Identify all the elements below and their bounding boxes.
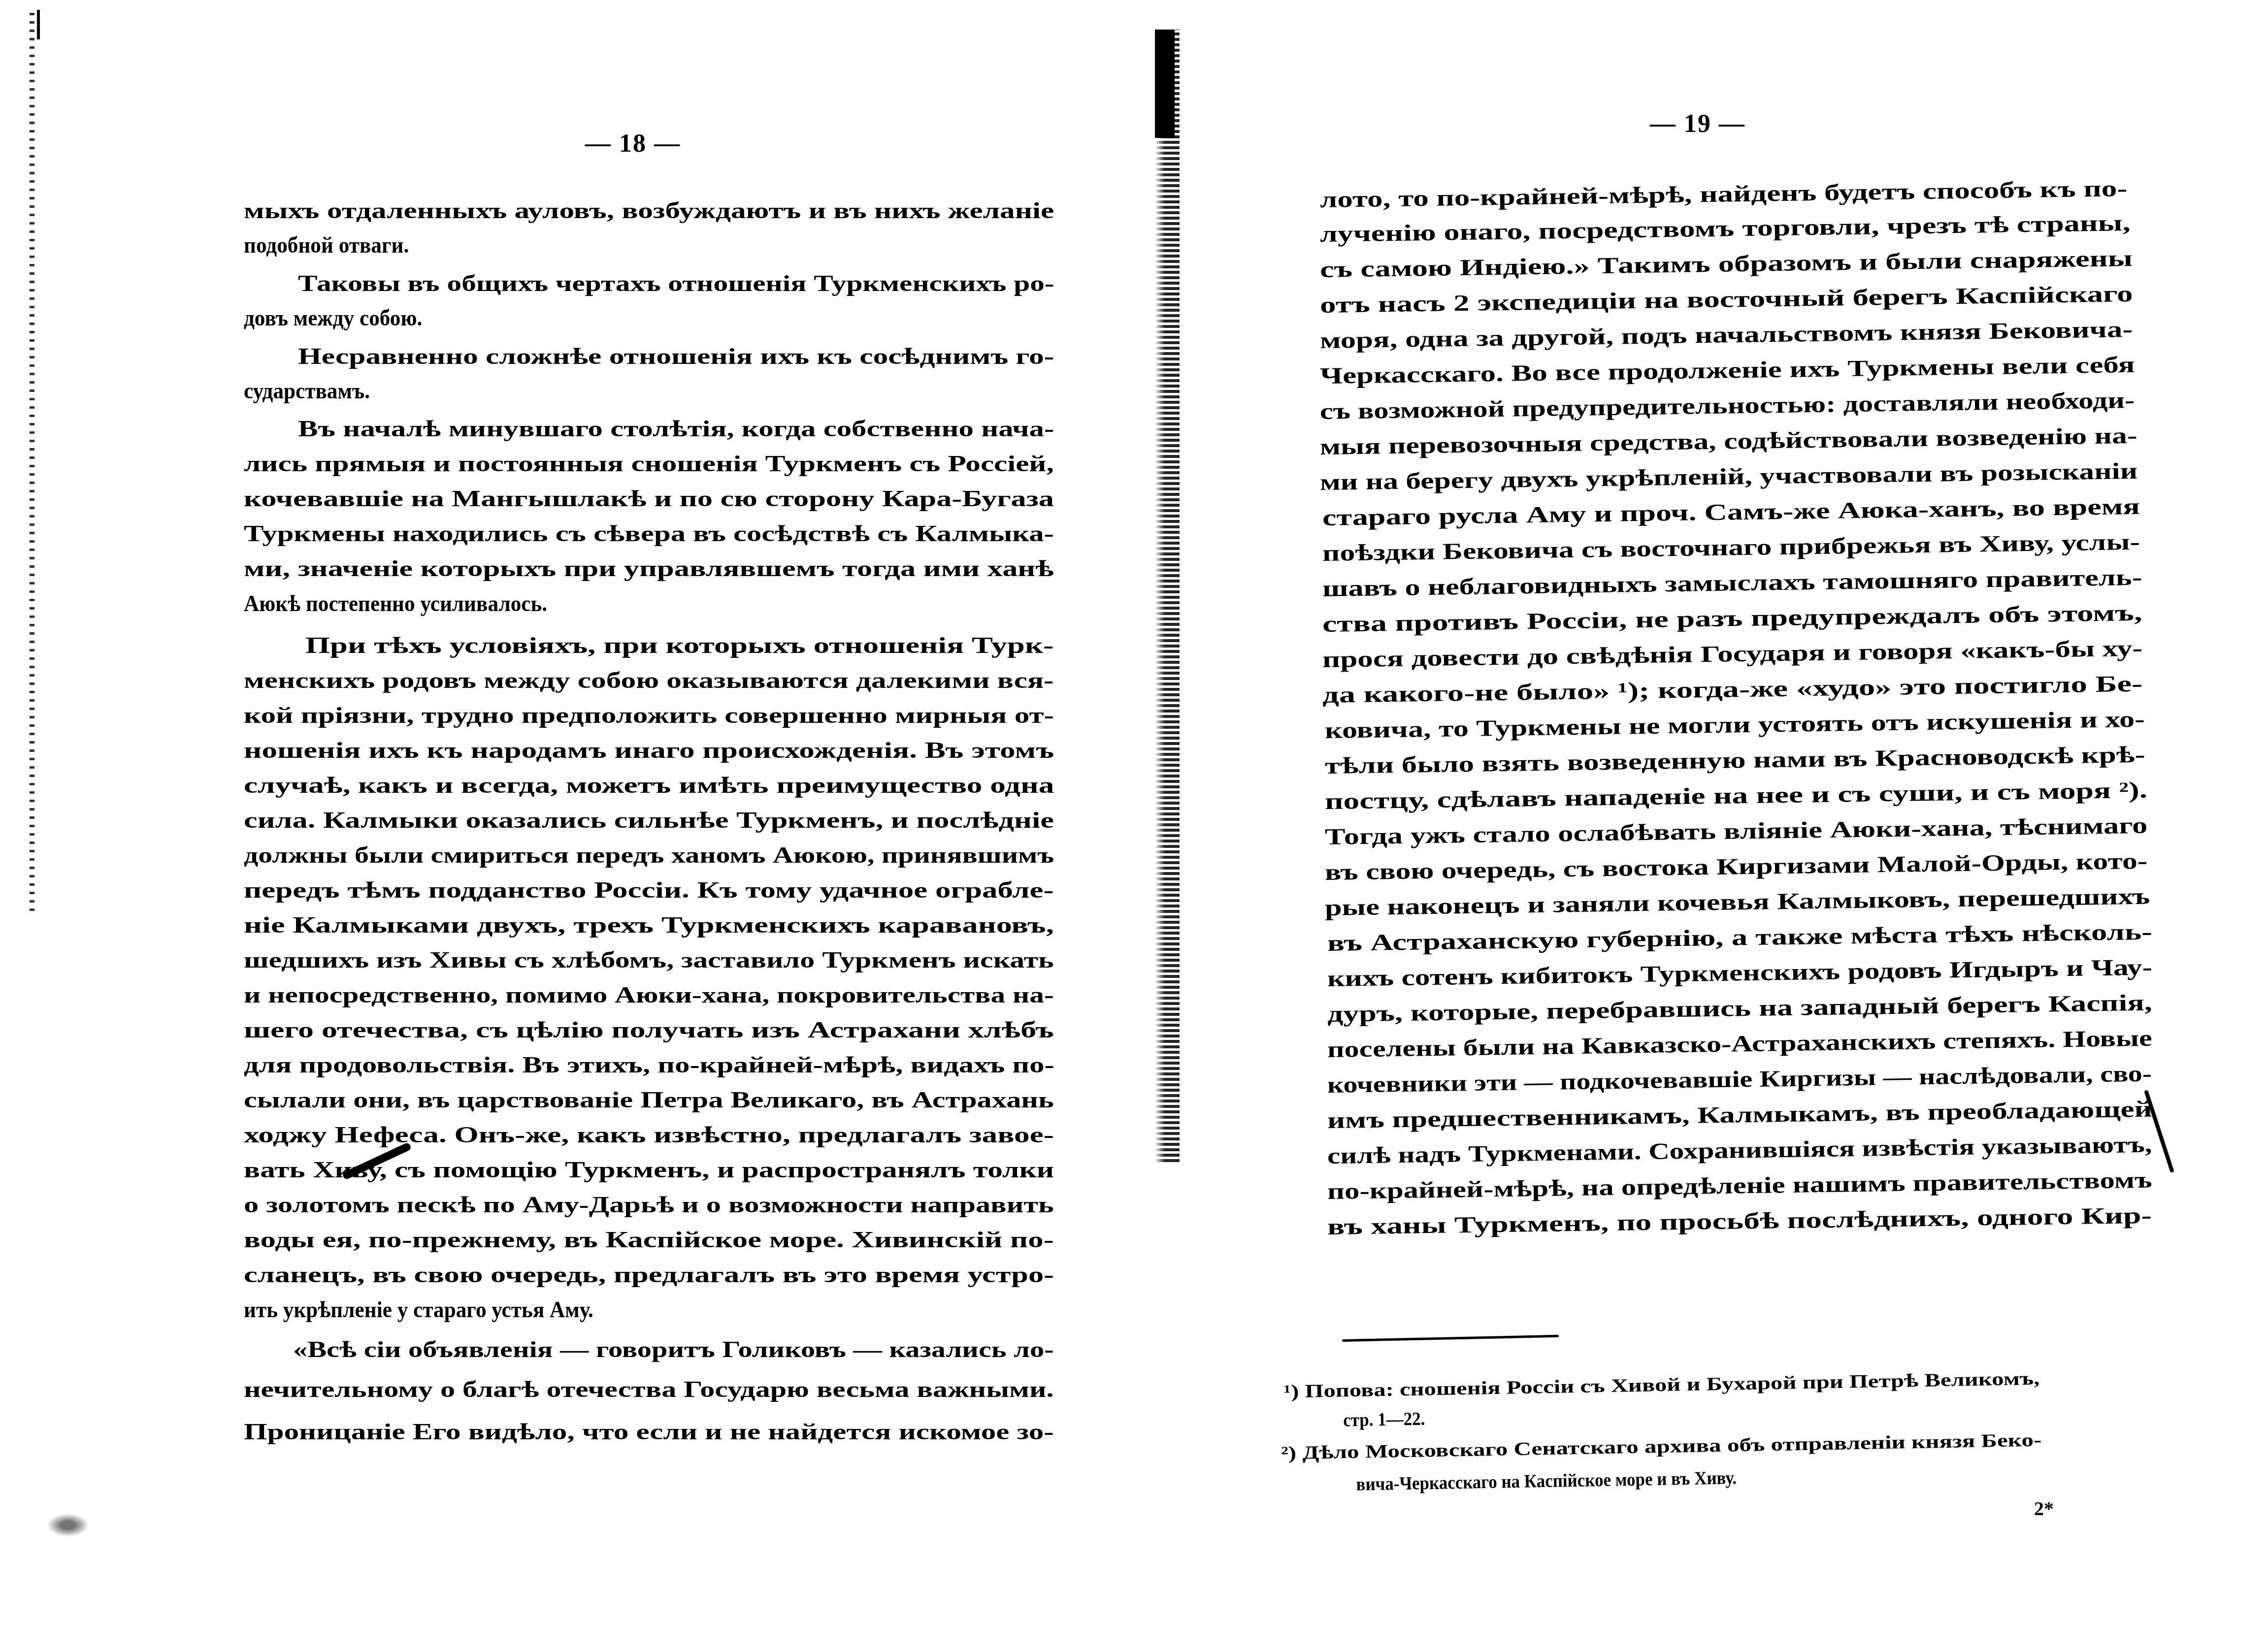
text-line: въ свою очередь, съ востока Киргизами Ма… <box>1325 847 2148 886</box>
text-line: отъ насъ 2 экспедиціи на восточный берег… <box>1320 280 2133 319</box>
text-line: Таковы въ общихъ чертахъ отношенія Туркм… <box>298 270 1054 297</box>
text-line: постцу, сдѣлавъ нападеніе на нее и съ су… <box>1325 777 2148 815</box>
text-line: сланецъ, въ свою очередь, предлагалъ въ … <box>244 1261 1054 1289</box>
left-page: — 18 — мыхъ отдаленныхъ ауловъ, возбужда… <box>0 0 1133 1652</box>
text-line: сылали они, въ царствованіе Петра Велика… <box>244 1086 1054 1114</box>
text-line: шедшихъ изъ Хивы съ хлѣбомъ, заставило Т… <box>244 946 1054 974</box>
text-line: ходжу Нефеса. Онъ-же, какъ извѣстно, пре… <box>244 1121 1054 1149</box>
right-page: — 19 — лото, то по-крайней-мѣрѣ, найденъ… <box>1133 0 2266 1652</box>
text-line: дуръ, которые, перебравшись на западный … <box>1327 989 2153 1028</box>
text-line: ковича, то Туркмены не могли устоять отъ… <box>1325 706 2145 745</box>
text-line: ми, значеніе которыхъ при управлявшемъ т… <box>244 555 1054 583</box>
scan-edge-mark <box>37 10 40 39</box>
footnote-1-line: стр. 1—22. <box>1343 1408 1425 1432</box>
footnote-1-line: ¹) Попова: сношенія Россіи съ Хивой и Бу… <box>1283 1367 2040 1403</box>
text-line: мыхъ отдаленныхъ ауловъ, возбуждаютъ и в… <box>244 197 1054 225</box>
footnote-2-line: вича-Черкасскаго на Каспійское море и въ… <box>1356 1466 1737 1495</box>
text-line: лученію онаго, посредствомъ торговли, чр… <box>1320 209 2131 248</box>
text-line: лото, то по-крайней-мѣрѣ, найденъ будетъ… <box>1320 175 2128 214</box>
text-line: кочевавшіе на Мангышлакѣ и по сю сторону… <box>244 485 1054 513</box>
text-line: вать Хиву, съ помощію Туркменъ, и распро… <box>244 1156 1054 1184</box>
text-line: моря, одна за другой, подъ начальствомъ … <box>1320 316 2133 355</box>
text-line: по-крайней-мѣрѣ, на опредѣленіе нашимъ п… <box>1327 1166 2152 1205</box>
text-line: При тѣхъ условіяхъ, при которыхъ отношен… <box>305 632 1053 659</box>
signature-mark: 2* <box>2034 1497 2054 1520</box>
page-number-left: — 18 — <box>585 129 681 158</box>
text-line: шавъ о неблаговидныхъ замыслахъ тамошняг… <box>1322 564 2142 603</box>
text-line: случаѣ, какъ и всегда, можетъ имѣть преи… <box>244 772 1054 799</box>
text-line: лись прямыя и постоянныя сношенія Туркме… <box>244 450 1054 478</box>
text-line: Тогда ужъ стало ослабѣвать вліяніе Аюки-… <box>1325 812 2148 851</box>
text-line: поѣздки Бековича съ восточнаго прибрежья… <box>1322 528 2140 567</box>
text-line: Черкасскаго. Во все продолженіе ихъ Турк… <box>1320 351 2135 390</box>
text-line: мыя перевозочныя средства, содѣйствовали… <box>1320 422 2137 461</box>
text-line: довъ между собою. <box>244 304 422 332</box>
text-line: Аюкѣ постепенно усиливалось. <box>244 590 547 617</box>
text-line: и непосредственно, помимо Аюки-хана, пок… <box>244 981 1054 1009</box>
text-line: сударствамъ. <box>244 377 370 405</box>
footnote-rule <box>1342 1335 1559 1342</box>
text-line: ить укрѣпленіе у стараго устья Аму. <box>244 1296 593 1324</box>
text-line: Туркмены находились съ сѣвера въ сосѣдст… <box>244 520 1054 548</box>
text-line: силѣ надъ Туркменами. Сохранившіяся извѣ… <box>1327 1131 2152 1170</box>
scan-edge-marks <box>30 10 34 911</box>
text-line: кой пріязни, трудно предположить соверше… <box>244 702 1054 729</box>
text-line: тѣли было взять возведенную нами въ Крас… <box>1325 741 2145 780</box>
text-line: передъ тѣмъ подданство Россіи. Къ тому у… <box>244 876 1053 904</box>
text-line: ми на берегу двухъ укрѣпленій, участвова… <box>1320 457 2138 496</box>
text-line: имъ предшественникамъ, Калмыкамъ, въ пре… <box>1327 1096 2153 1134</box>
text-line: подобной отваги. <box>244 231 409 259</box>
text-line: кихъ сотенъ кибитокъ Туркменскихъ родовъ… <box>1327 954 2153 993</box>
text-line: да какого-не было» ¹); когда-же «худо» э… <box>1322 670 2143 709</box>
text-line: стараго русла Аму и проч. Самъ-же Аюка-х… <box>1322 493 2140 532</box>
text-line: поселены были на Кавказско-Астраханскихъ… <box>1327 1025 2153 1064</box>
text-line: Несравненно сложнѣе отношенія ихъ къ сос… <box>298 343 1054 370</box>
text-line: ношенія ихъ къ народамъ инаго происхожде… <box>244 737 1054 764</box>
text-line: воды ея, по-прежнему, въ Каспійское море… <box>244 1226 1054 1254</box>
text-line: съ самою Индіею.» Такимъ образомъ и были… <box>1320 245 2133 284</box>
text-line: кочевники эти — подкочевавшіе Киргизы — … <box>1327 1060 2152 1099</box>
footnote-2-line: ²) Дѣло Московскаго Сенатскаго архива об… <box>1281 1429 2042 1465</box>
text-line: нечительному о благѣ отечества Государю … <box>244 1376 1053 1403</box>
text-line: шего отечества, съ цѣлію получать изъ Ас… <box>244 1016 1054 1044</box>
text-line: «Всѣ сіи объявленія — говоритъ Голиковъ … <box>293 1336 1054 1363</box>
text-line: должны были смириться передъ ханомъ Аюко… <box>244 842 1054 869</box>
text-line: съ возможной предупредительностью: доста… <box>1320 387 2135 425</box>
text-line: прося довести до свѣдѣнія Государя и гов… <box>1322 635 2143 674</box>
text-line: въ Астраханскую губернію, а также мѣста … <box>1327 918 2153 957</box>
text-line: Проницаніе Его видѣло, что если и не най… <box>244 1418 1054 1446</box>
text-line: для продовольствія. Въ этихъ, по-крайней… <box>244 1051 1054 1079</box>
text-line: въ ханы Туркменъ, по просьбѣ послѣднихъ,… <box>1327 1202 2152 1241</box>
text-line: менскихъ родовъ между собою оказываются … <box>244 667 1054 694</box>
text-line: ніе Калмыками двухъ, трехъ Туркменскихъ … <box>244 911 1054 939</box>
text-line: ства противъ Россіи, не разъ предупрежда… <box>1322 599 2142 638</box>
text-line: рые наконецъ и заняли кочевья Калмыковъ,… <box>1325 883 2150 922</box>
text-line: о золотомъ пескѣ по Аму-Дарьѣ и о возмож… <box>244 1191 1054 1219</box>
page-number-right: — 19 — <box>1650 109 1745 138</box>
text-line: Въ началѣ минувшаго столѣтія, когда собс… <box>298 415 1054 443</box>
scan-smudge <box>43 1512 93 1539</box>
text-line: сила. Калмыки оказались сильнѣе Туркменъ… <box>244 807 1054 834</box>
